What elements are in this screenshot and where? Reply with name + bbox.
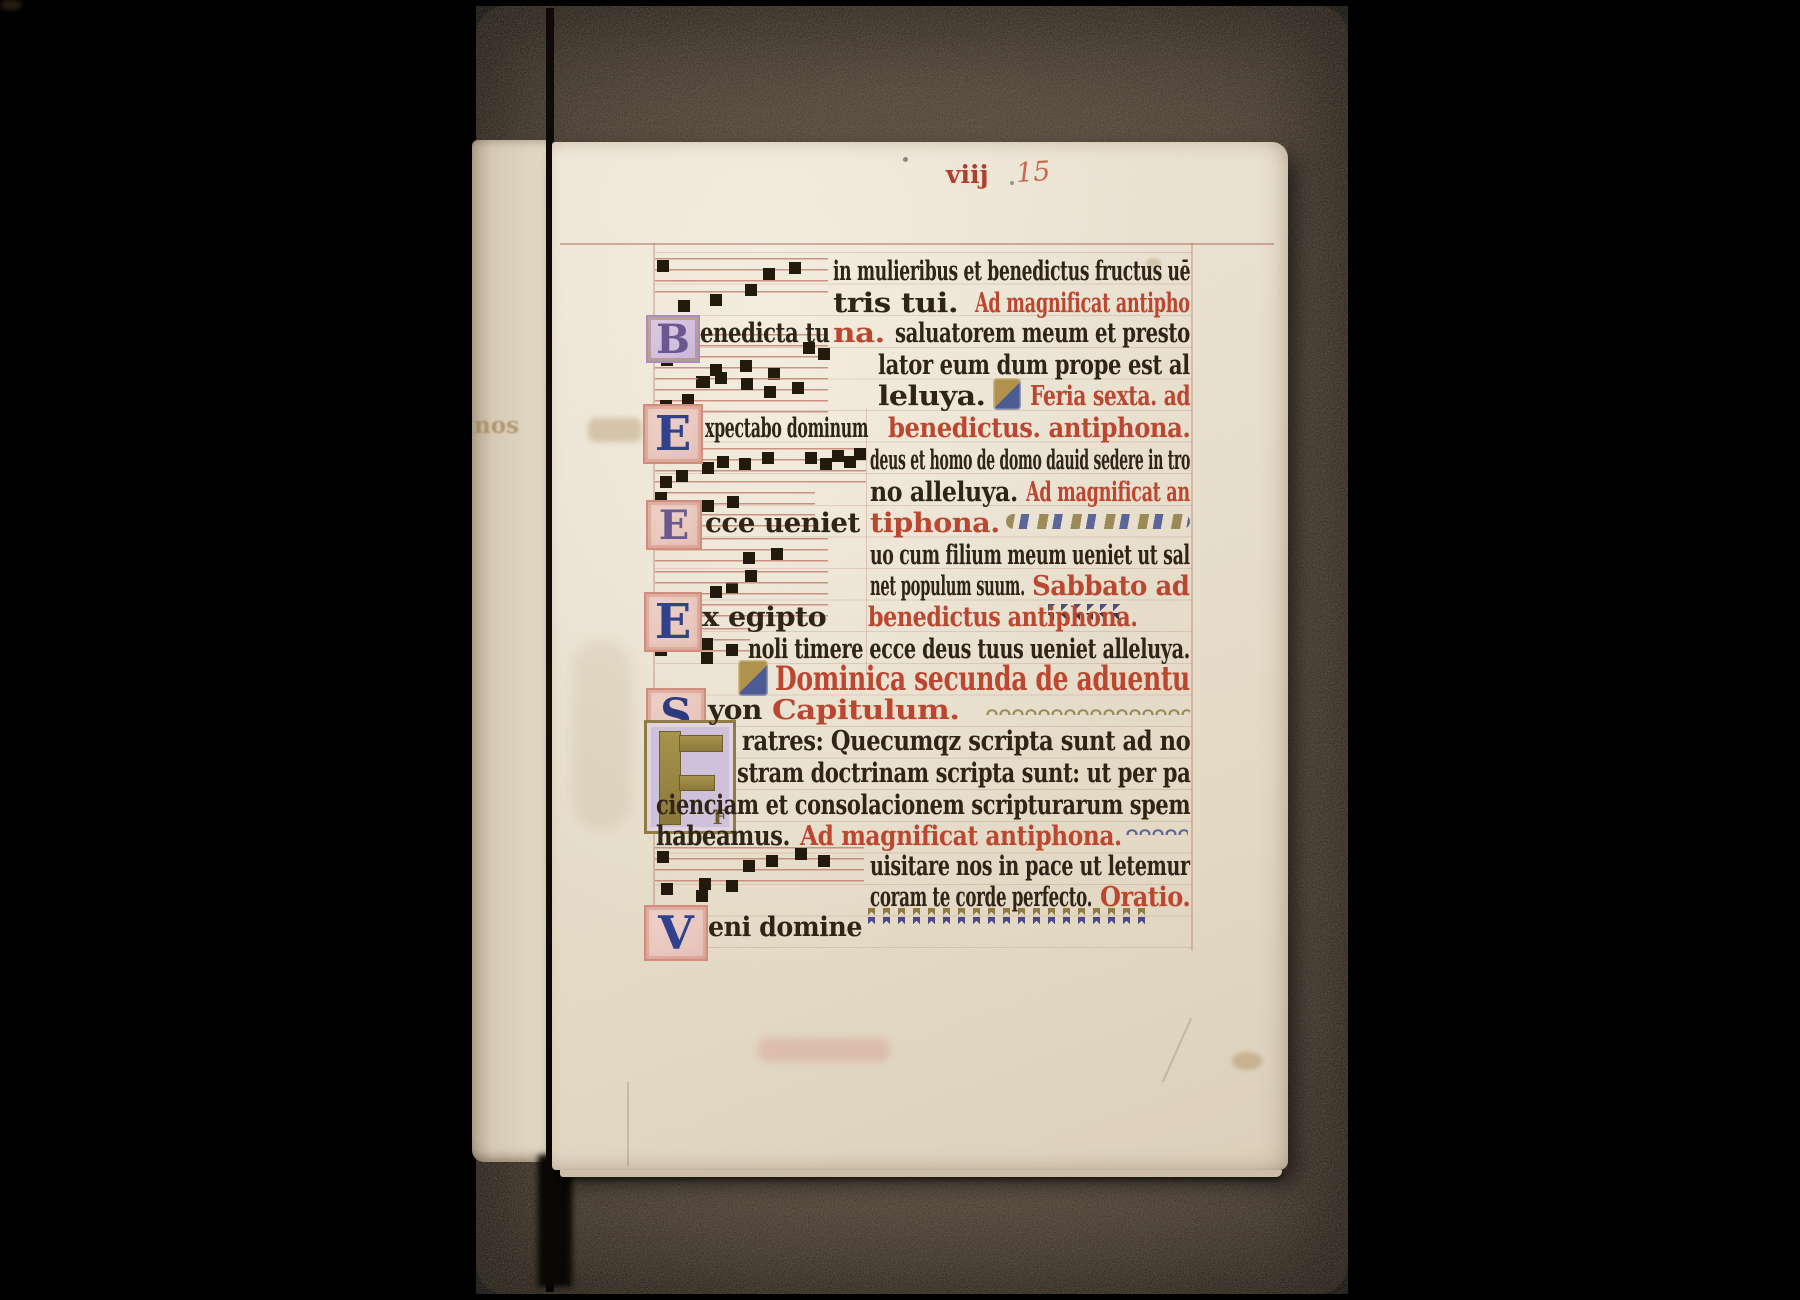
- heading-run: Dominica secunda de aduentu: [775, 660, 1190, 698]
- neume-note: [805, 452, 817, 464]
- parchment-stain: [1010, 181, 1014, 185]
- showthrough-smudge: [572, 640, 632, 830]
- neume-note: [792, 382, 804, 394]
- text-run: deus et homo de domo dauid sedere in tro: [870, 445, 1190, 477]
- neume-note: [743, 552, 755, 564]
- neume-note: [660, 476, 672, 488]
- neume-note: [676, 470, 688, 482]
- rubric-run: benedictus antiphona.: [868, 602, 1138, 634]
- neume-note: [745, 570, 757, 582]
- initial-letter: V: [658, 906, 694, 960]
- neume-note: [698, 376, 710, 388]
- squiggle-filler-icon: [986, 706, 1190, 715]
- text-run: saluatorem meum et presto: [895, 318, 1190, 350]
- initial-letter: E: [655, 406, 692, 462]
- text-run: stram doctrinam scripta sunt: ut per pa: [737, 758, 1190, 790]
- text-run: leluya.: [878, 381, 985, 413]
- text-run: xpectabo dominum: [705, 413, 868, 445]
- text-run: in mulieribus et benedictus fructus uē: [833, 256, 1190, 288]
- neume-note: [820, 458, 832, 470]
- illuminated-initial-B: B: [646, 315, 700, 363]
- illuminated-initial-V: V: [644, 905, 708, 961]
- initial-f-arm: [679, 735, 723, 752]
- neume-note: [715, 372, 727, 384]
- illuminated-initial-E: E: [643, 404, 703, 464]
- leaf-filler-icon: [1006, 514, 1190, 529]
- text-run: cienciam et consolacionem scripturarum s…: [656, 790, 1190, 822]
- neume-note: [726, 644, 738, 656]
- text-run: net populum suum.: [870, 571, 1025, 603]
- initial-letter: B: [656, 316, 690, 363]
- initial-letter: E: [655, 594, 692, 650]
- rubric-run: Feria sexta. ad: [1030, 381, 1190, 413]
- initial-letter: E: [659, 502, 690, 549]
- neume-note: [727, 496, 739, 508]
- neume-note: [741, 378, 753, 390]
- neume-note: [726, 880, 738, 892]
- neume-note: [701, 652, 713, 664]
- text-run: ratres: Quecumqz scripta sunt ad no: [742, 726, 1190, 758]
- neume-note: [745, 284, 757, 296]
- rubric-run: Oratio.: [1100, 882, 1190, 914]
- neume-note: [657, 260, 669, 272]
- neume-note: [702, 462, 714, 474]
- neume-note: [789, 262, 801, 274]
- text-run: no alleluya.: [870, 477, 1018, 509]
- neume-note: [766, 855, 778, 867]
- text-run: uisitare nos in pace ut letemur: [870, 851, 1190, 883]
- rubric-run: tiphona.: [870, 508, 1000, 540]
- rubric-run: Ad magnificat antipho: [975, 288, 1190, 320]
- neume-note: [710, 294, 722, 306]
- text-run: habeamus.: [656, 821, 790, 853]
- neume-note: [710, 586, 722, 598]
- text-run: eni domine: [708, 912, 862, 944]
- squiggle-filler-icon: [1126, 826, 1188, 835]
- text-run: coram te corde perfecto.: [870, 882, 1092, 914]
- text-run: enedicta tu: [700, 318, 830, 350]
- neume-note: [696, 890, 708, 902]
- neume-note: [740, 360, 752, 372]
- neume-note: [678, 300, 690, 312]
- music-stave: [655, 258, 828, 293]
- ruling-line-top: [560, 243, 1274, 245]
- page-crease: [627, 1082, 629, 1166]
- marginalia-text: nos: [474, 412, 519, 439]
- neume-note: [661, 883, 673, 895]
- parchment-stain: [903, 157, 908, 162]
- neume-note: [717, 456, 729, 468]
- neume-note: [854, 448, 866, 460]
- illuminated-initial-E: E: [644, 592, 702, 652]
- showthrough-smudge: [588, 418, 642, 442]
- rubric-run: benedictus. antiphona.: [888, 413, 1190, 445]
- initial-f-arm: [679, 775, 715, 791]
- folio-number-roman: viij: [946, 160, 989, 189]
- parchment-stain: [0, 0, 22, 10]
- neume-note: [763, 268, 775, 280]
- band-zigzag-purple: [868, 917, 1152, 927]
- neume-note: [739, 458, 751, 470]
- paraph-icon: [993, 378, 1021, 410]
- rubric-run: Ad magnificat an: [1026, 477, 1190, 509]
- folio-number-arabic: 15: [1015, 156, 1051, 189]
- rubric-run: na.: [833, 318, 885, 350]
- illuminated-initial-E: E: [646, 500, 702, 550]
- text-run: cce ueniet: [705, 508, 860, 540]
- neume-note: [832, 450, 844, 462]
- text-run: yon: [708, 695, 762, 727]
- parchment-stain: [1232, 1052, 1262, 1070]
- neume-note: [818, 855, 830, 867]
- text-run: lator eum dum prope est al: [878, 350, 1190, 382]
- neume-note: [743, 860, 755, 872]
- manuscript-photograph: viij 15 nos B E E E S F V in mulieribus …: [0, 0, 1800, 1300]
- text-run: uo cum filium meum ueniet ut sal: [870, 540, 1190, 572]
- previous-leaf-edge: [472, 140, 550, 1162]
- neume-note: [762, 452, 774, 464]
- text-run: x egipto: [702, 602, 826, 634]
- rubric-run: Capitulum.: [772, 695, 960, 727]
- rubric-run: Ad magnificat antiphona.: [800, 821, 1122, 853]
- rubric-run: Sabbato ad: [1032, 571, 1190, 603]
- neume-note: [764, 386, 776, 398]
- neume-note: [699, 878, 711, 890]
- showthrough-smudge: [758, 1038, 890, 1062]
- lower-page-edge: [560, 1170, 1282, 1177]
- neume-note: [771, 548, 783, 560]
- text-run: tris tui.: [833, 288, 958, 320]
- neume-note: [701, 638, 713, 650]
